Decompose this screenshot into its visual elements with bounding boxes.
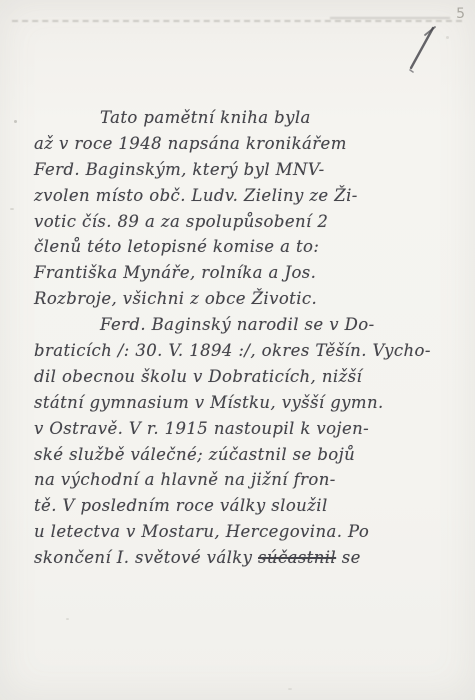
- manuscript-line: až v roce 1948 napsána kronikářem: [34, 134, 448, 160]
- scan-noise-speck: [446, 36, 449, 39]
- manuscript-line: braticích /: 30. V. 1894 :/, okres Těšín…: [34, 341, 448, 367]
- manuscript-line: členů této letopisné komise a to:: [34, 237, 448, 263]
- manuscript-line: votic čís. 89 a za spolupůsobení 2: [34, 212, 448, 238]
- manuscript-line: dil obecnou školu v Dobraticích, nižší: [34, 367, 448, 393]
- manuscript-line: Tato pamětní kniha byla: [34, 108, 448, 134]
- manuscript-line: na východní a hlavně na jižní fron-: [34, 470, 448, 496]
- manuscript-line: Rozbroje, všichni z obce Životic.: [34, 289, 448, 315]
- manuscript-line: zvolen místo obč. Ludv. Zieliny ze Ži-: [34, 186, 448, 212]
- scan-noise-speck: [288, 688, 292, 690]
- manuscript-line: u letectva v Mostaru, Hercegovina. Po: [34, 522, 448, 548]
- manuscript-line: tě. V posledním roce války sloužil: [34, 496, 448, 522]
- manuscript-line: Ferd. Baginským, který byl MNV-: [34, 160, 448, 186]
- struck-word: súčastnil: [258, 548, 336, 567]
- manuscript-line: skončení I. světové války súčastnil se: [34, 548, 448, 574]
- manuscript-line-segment: skončení I. světové války: [34, 548, 258, 567]
- page-number: 5: [456, 6, 465, 22]
- manuscript-line: v Ostravě. V r. 1915 nastoupil k vojen-: [34, 419, 448, 445]
- manuscript-line: ské službě válečné; zúčastnil se bojů: [34, 445, 448, 471]
- manuscript-text-block: Tato pamětní kniha byla až v roce 1948 n…: [34, 108, 448, 574]
- handwritten-corner-mark-icon: [397, 22, 445, 74]
- manuscript-line: státní gymnasium v Místku, vyšší gymn.: [34, 393, 448, 419]
- scan-edge-artifact: [12, 20, 462, 22]
- scan-noise-speck: [66, 618, 69, 620]
- scan-noise-speck: [10, 208, 14, 210]
- scan-noise-speck: [14, 120, 17, 123]
- manuscript-line: Ferd. Baginský narodil se v Do-: [34, 315, 448, 341]
- manuscript-line-segment: se: [336, 548, 361, 567]
- scan-edge-artifact: [330, 17, 450, 19]
- manuscript-line: Františka Mynáře, rolníka a Jos.: [34, 263, 448, 289]
- scanned-manuscript-page: 5 Tato pamětní kniha byla až v roce 1948…: [0, 0, 475, 700]
